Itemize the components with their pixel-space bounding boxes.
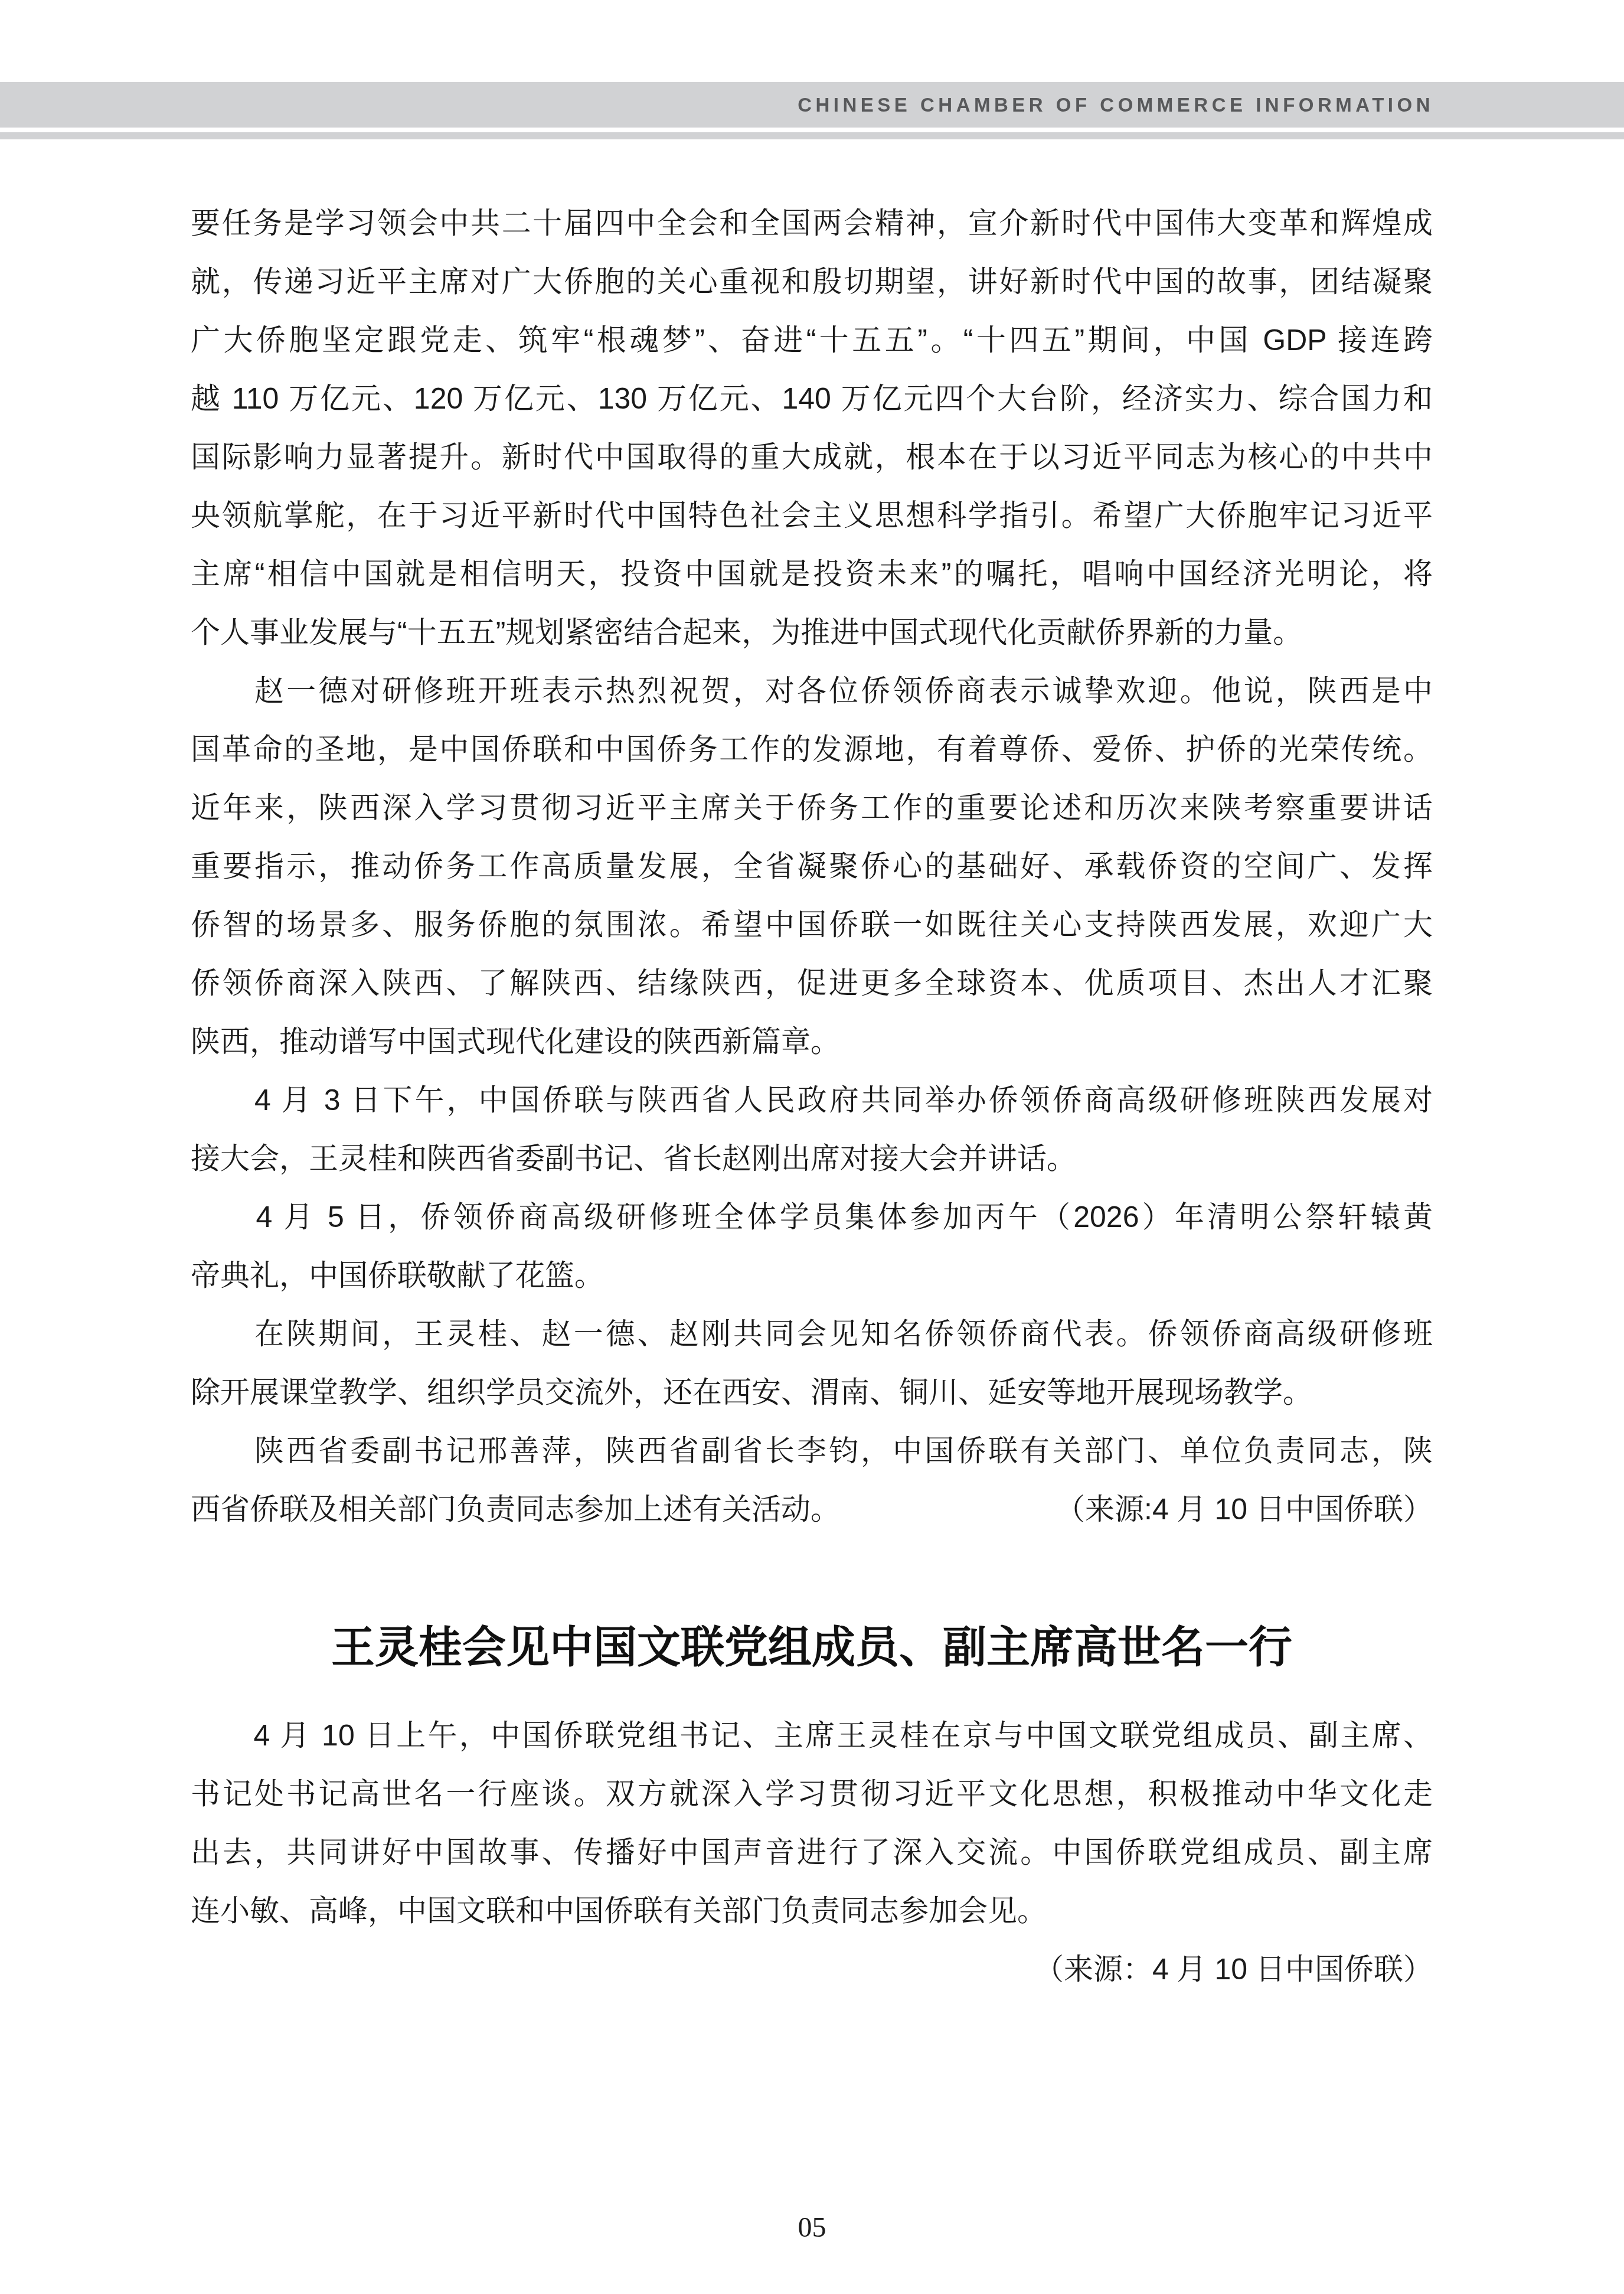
text-line: 近年来，陕西深入学习贯彻习近平主席关于侨务工作的重要论述和历次来陕考察重要讲话 xyxy=(191,779,1433,837)
text-line: 西省侨联及相关部门负责同志参加上述有关活动。（来源:4 月 10 日中国侨联） xyxy=(191,1480,1433,1539)
text-line: 就，传递习近平主席对广大侨胞的关心重视和殷切期望，讲好新时代中国的故事，团结凝聚 xyxy=(191,253,1433,311)
text-line: 主席“相信中国就是相信明天，投资中国就是投资未来”的嘱托，唱响中国经济光明论，将 xyxy=(191,545,1433,603)
text-line: 广大侨胞坚定跟党走、筑牢“根魂梦”、奋进“十五五”。“十四五”期间，中国 GDP… xyxy=(191,311,1433,370)
text-line: 4 月 3 日下午，中国侨联与陕西省人民政府共同举办侨领侨商高级研修班陕西发展对 xyxy=(191,1071,1433,1130)
header-sub-bar xyxy=(0,132,1624,139)
text-line: 国革命的圣地，是中国侨联和中国侨务工作的发源地，有着尊侨、爱侨、护侨的光荣传统。 xyxy=(191,720,1433,779)
text-line: 4 月 10 日上午，中国侨联党组书记、主席王灵桂在京与中国文联党组成员、副主席… xyxy=(191,1706,1433,1765)
text-line: 帝典礼，中国侨联敬献了花篮。 xyxy=(191,1246,1433,1305)
text-line: 在陕期间，王灵桂、赵一德、赵刚共同会见知名侨领侨商代表。侨领侨商高级研修班 xyxy=(191,1305,1433,1363)
text-line: 越 110 万亿元、120 万亿元、130 万亿元、140 万亿元四个大台阶，经… xyxy=(191,370,1433,428)
text-line: 书记处书记高世名一行座谈。双方就深入学习贯彻习近平文化思想，积极推动中华文化走 xyxy=(191,1765,1433,1823)
source-note: （来源:4 月 10 日中国侨联） xyxy=(1056,1480,1433,1539)
article2-title: 王灵桂会见中国文联党组成员、副主席高世名一行 xyxy=(191,1614,1433,1680)
text-line: 出去，共同讲好中国故事、传播好中国声音进行了深入交流。中国侨联党组成员、副主席 xyxy=(191,1823,1433,1882)
text-line: 要任务是学习领会中共二十届四中全会和全国两会精神，宣介新时代中国伟大变革和辉煌成 xyxy=(191,194,1433,253)
text-line: 陕西，推动谱写中国式现代化建设的陕西新篇章。 xyxy=(191,1013,1433,1071)
text-line: 重要指示，推动侨务工作高质量发展，全省凝聚侨心的基础好、承载侨资的空间广、发挥 xyxy=(191,837,1433,896)
text-line: 连小敏、高峰，中国文联和中国侨联有关部门负责同志参加会见。 xyxy=(191,1882,1433,1940)
text-line: 4 月 5 日，侨领侨商高级研修班全体学员集体参加丙午（2026）年清明公祭轩辕… xyxy=(191,1188,1433,1246)
text-line: 赵一德对研修班开班表示热烈祝贺，对各位侨领侨商表示诚挚欢迎。他说，陕西是中 xyxy=(191,662,1433,720)
text-line: 除开展课堂教学、组织学员交流外，还在西安、渭南、铜川、延安等地开展现场教学。 xyxy=(191,1363,1433,1422)
source-note: （来源：4 月 10 日中国侨联） xyxy=(191,1940,1433,1999)
text-line: 央领航掌舵，在于习近平新时代中国特色社会主义思想科学指引。希望广大侨胞牢记习近平 xyxy=(191,487,1433,545)
header-banner-text: CHINESE CHAMBER OF COMMERCE INFORMATION xyxy=(0,82,1434,128)
page-number: 05 xyxy=(0,2211,1624,2244)
text-line: 个人事业发展与“十五五”规划紧密结合起来，为推进中国式现代化贡献侨界新的力量。 xyxy=(191,603,1433,662)
text-line-left: 西省侨联及相关部门负责同志参加上述有关活动。 xyxy=(191,1480,840,1539)
page-content: 要任务是学习领会中共二十届四中全会和全国两会精神，宣介新时代中国伟大变革和辉煌成… xyxy=(191,194,1433,1999)
text-line: 侨智的场景多、服务侨胞的氛围浓。希望中国侨联一如既往关心支持陕西发展，欢迎广大 xyxy=(191,896,1433,954)
text-line: 国际影响力显著提升。新时代中国取得的重大成就，根本在于以习近平同志为核心的中共中 xyxy=(191,428,1433,487)
article1-body: 要任务是学习领会中共二十届四中全会和全国两会精神，宣介新时代中国伟大变革和辉煌成… xyxy=(191,194,1433,1539)
document-page: CHINESE CHAMBER OF COMMERCE INFORMATION … xyxy=(0,0,1624,2294)
text-line: 陕西省委副书记邢善萍，陕西省副省长李钧，中国侨联有关部门、单位负责同志，陕 xyxy=(191,1422,1433,1480)
text-line: 侨领侨商深入陕西、了解陕西、结缘陕西，促进更多全球资本、优质项目、杰出人才汇聚 xyxy=(191,954,1433,1013)
article2-body: 4 月 10 日上午，中国侨联党组书记、主席王灵桂在京与中国文联党组成员、副主席… xyxy=(191,1706,1433,1999)
text-line: 接大会，王灵桂和陕西省委副书记、省长赵刚出席对接大会并讲话。 xyxy=(191,1130,1433,1188)
